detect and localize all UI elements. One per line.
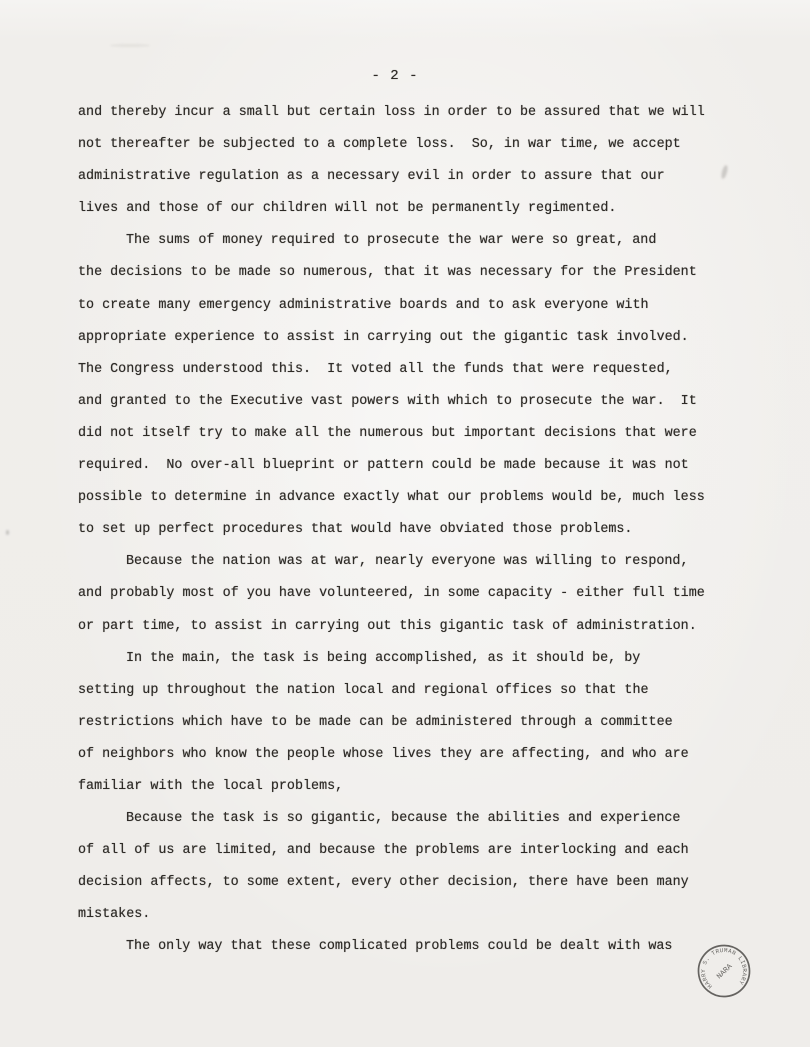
text-line: familiar with the local problems, — [78, 771, 726, 803]
text-line: not thereafter be subjected to a complet… — [78, 129, 726, 161]
text-line: and thereby incur a small but certain lo… — [78, 97, 726, 129]
text-line: appropriate experience to assist in carr… — [78, 322, 726, 354]
text-line: possible to determine in advance exactly… — [78, 482, 726, 514]
text-line: setting up throughout the nation local a… — [78, 675, 726, 707]
text-line: The only way that these complicated prob… — [78, 931, 726, 963]
text-line: In the main, the task is being accomplis… — [78, 643, 726, 675]
text-line: or part time, to assist in carrying out … — [78, 611, 726, 643]
text-line: Because the nation was at war, nearly ev… — [78, 546, 726, 578]
paragraph: In the main, the task is being accomplis… — [78, 643, 726, 803]
text-line: restrictions which have to be made can b… — [78, 707, 726, 739]
paragraph: Because the nation was at war, nearly ev… — [78, 546, 726, 642]
text-line: The Congress understood this. It voted a… — [78, 354, 726, 386]
paper-speck — [6, 530, 9, 535]
text-line: the decisions to be made so numerous, th… — [78, 257, 726, 289]
archive-stamp: HARRY S. TRUMAN LIBRARY NARA — [690, 937, 758, 1005]
text-line: Because the task is so gigantic, because… — [78, 803, 726, 835]
text-line: required. No over-all blueprint or patte… — [78, 450, 726, 482]
text-line: to create many emergency administrative … — [78, 290, 726, 322]
page-number: - 2 - — [0, 68, 790, 84]
text-line: did not itself try to make all the numer… — [78, 418, 726, 450]
text-line: of all of us are limited, and because th… — [78, 835, 726, 867]
text-line: and granted to the Executive vast powers… — [78, 386, 726, 418]
text-line: decision affects, to some extent, every … — [78, 867, 726, 899]
paragraph: Because the task is so gigantic, because… — [78, 803, 726, 931]
text-line: mistakes. — [78, 899, 726, 931]
document-body: and thereby incur a small but certain lo… — [78, 97, 726, 964]
text-line: to set up perfect procedures that would … — [78, 514, 726, 546]
paragraph: and thereby incur a small but certain lo… — [78, 97, 726, 225]
text-line: of neighbors who know the people whose l… — [78, 739, 726, 771]
text-line: lives and those of our children will not… — [78, 193, 726, 225]
paper-mark — [110, 44, 150, 47]
document-page: - 2 - and thereby incur a small but cert… — [0, 0, 810, 1047]
paragraph: The sums of money required to prosecute … — [78, 225, 726, 546]
stamp-center-text: NARA — [716, 963, 735, 982]
text-line: administrative regulation as a necessary… — [78, 161, 726, 193]
paragraph: The only way that these complicated prob… — [78, 931, 726, 963]
text-line: and probably most of you have volunteere… — [78, 578, 726, 610]
text-line: The sums of money required to prosecute … — [78, 225, 726, 257]
